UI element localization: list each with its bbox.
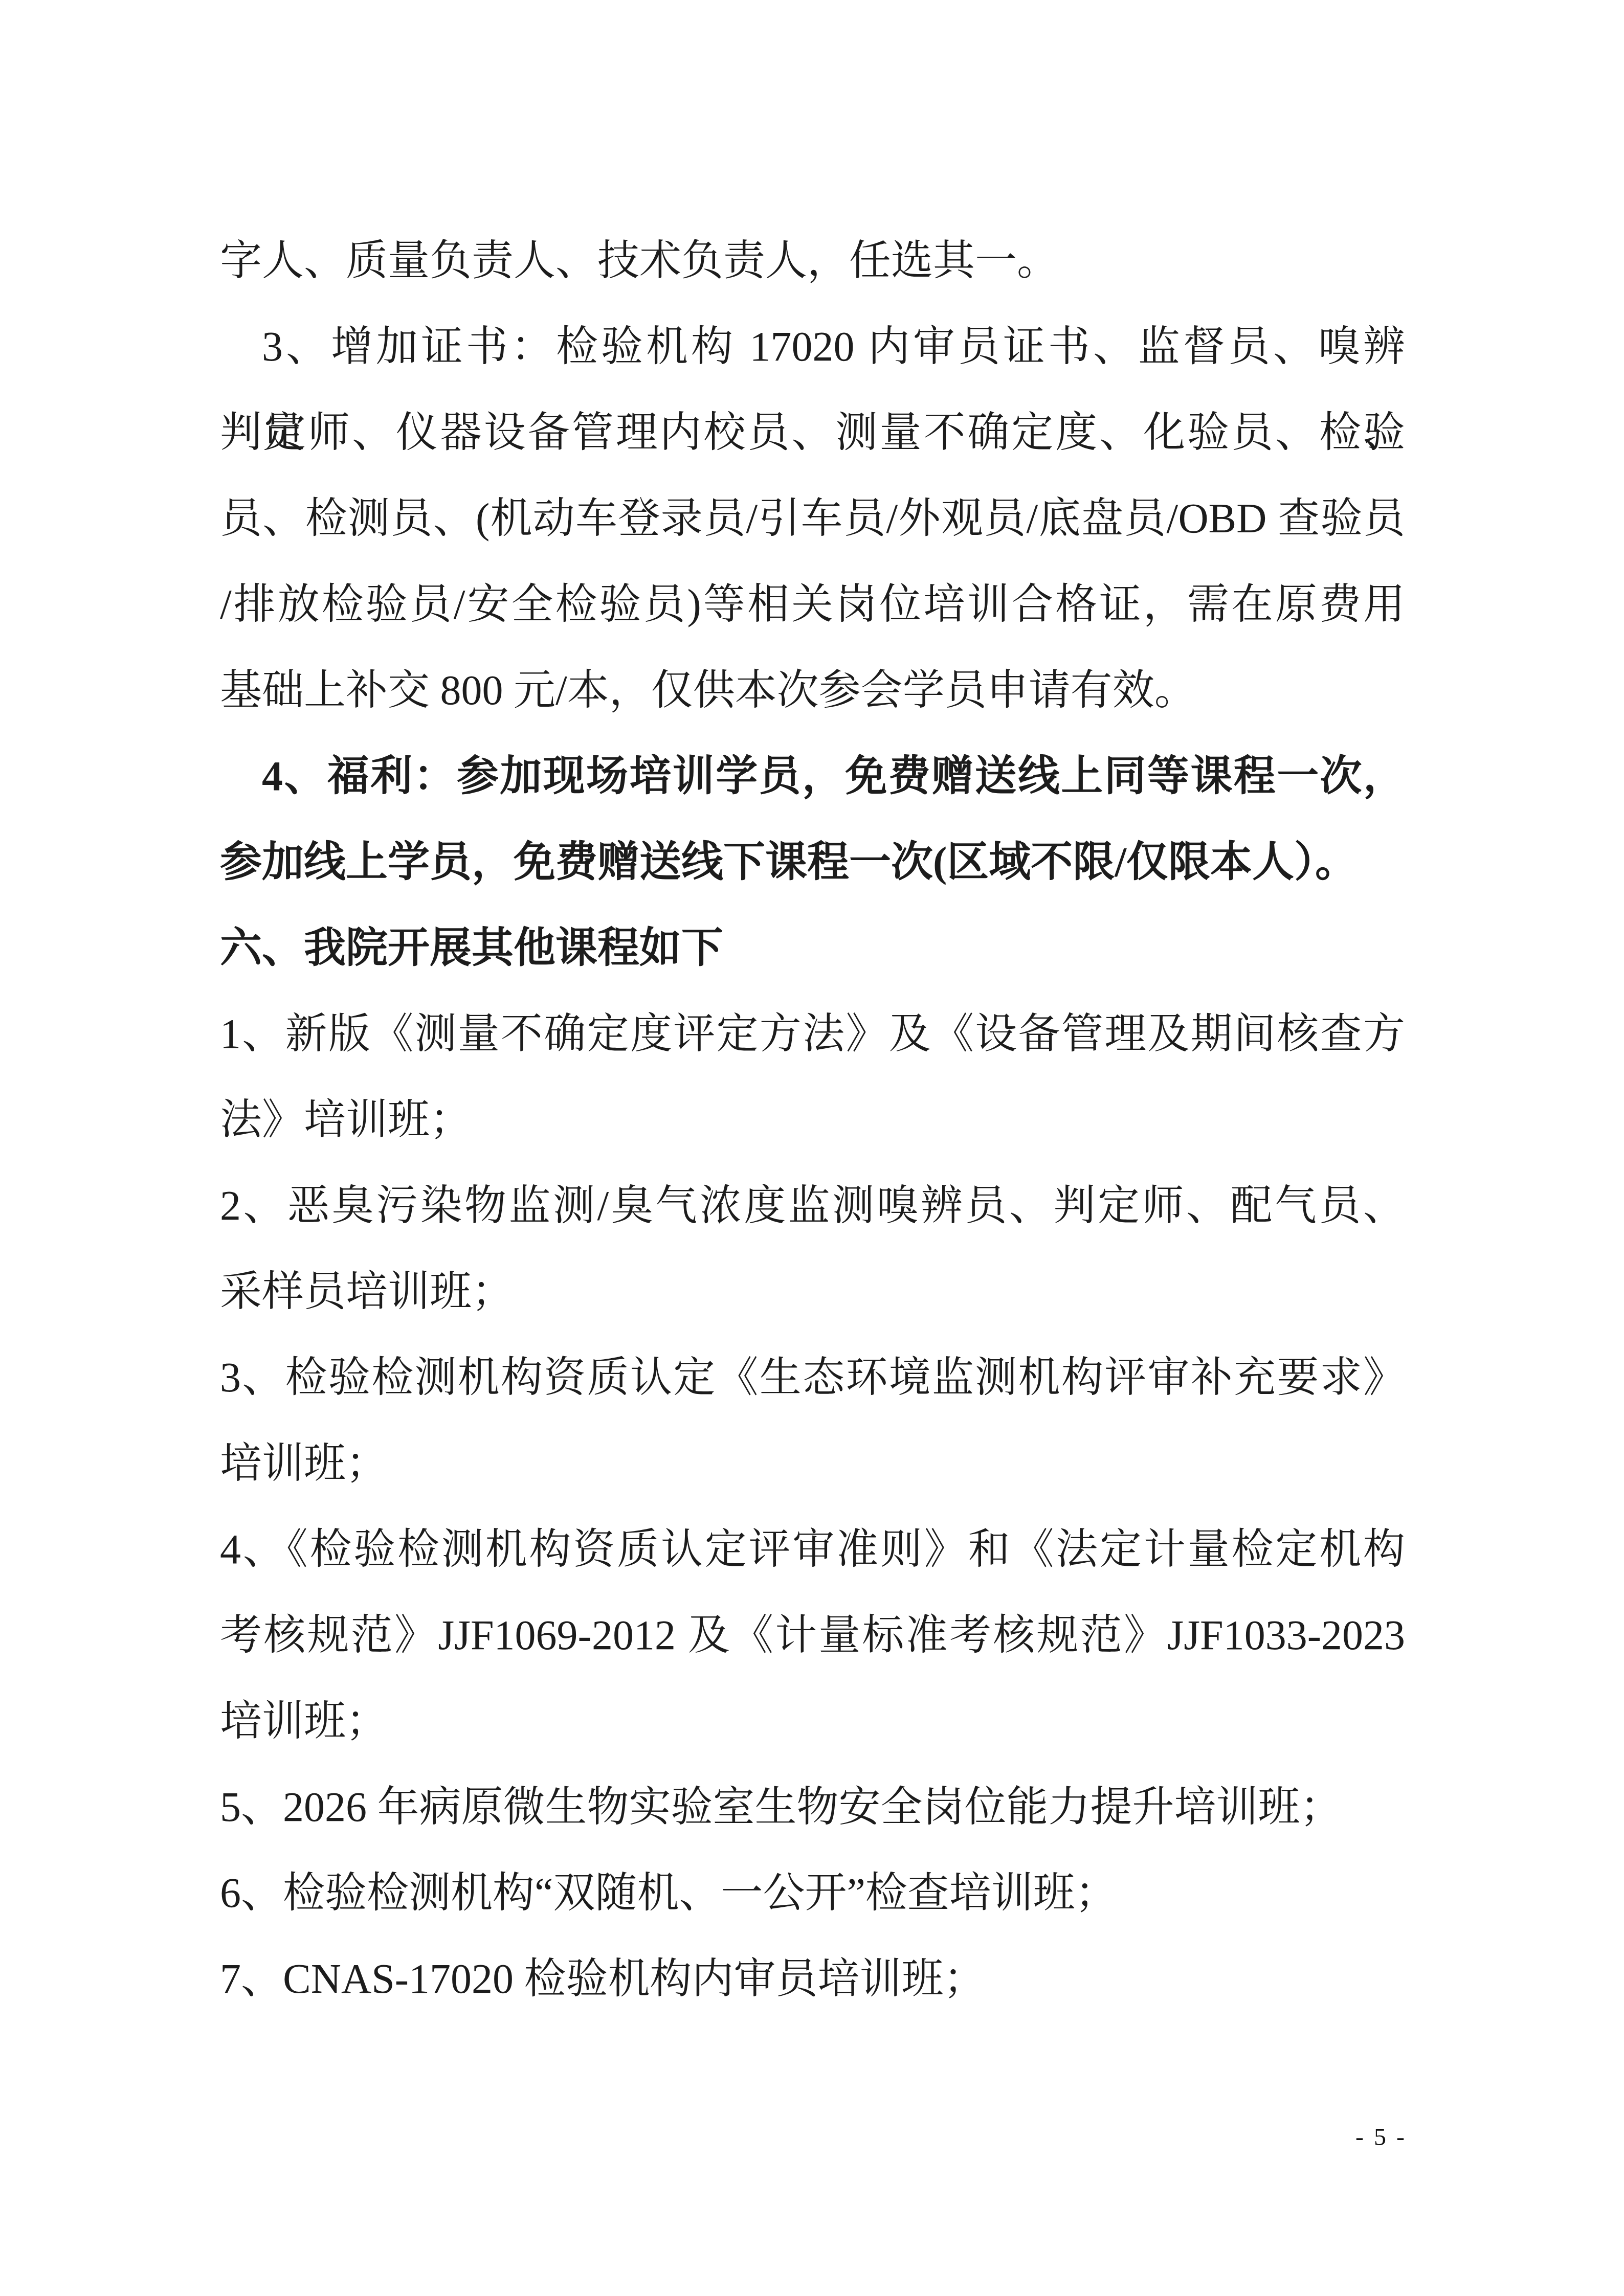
text-line: 4、《检验检测机构资质认定评审准则》和《法定计量检定机构 [220, 1506, 1405, 1592]
text-line: 字人、质量负责人、技术负责人，任选其一。 [220, 218, 1405, 304]
text-line: 3、增加证书：检验机构 17020 内审员证书、监督员、嗅辨员、 [220, 304, 1405, 390]
text-line: 6、检验检测机构“双随机、一公开”检查培训班； [220, 1850, 1405, 1936]
text-line: 法》培训班； [220, 1077, 1405, 1163]
text-line: 判定师、仪器设备管理内校员、测量不确定度、化验员、检验 [220, 390, 1405, 476]
text-line: 参加线上学员，免费赠送线下课程一次(区域不限/仅限本人）。 [220, 819, 1405, 905]
text-line: /排放检验员/安全检验员)等相关岗位培训合格证，需在原费用 [220, 561, 1405, 647]
text-line: 3、检验检测机构资质认定《生态环境监测机构评审补充要求》 [220, 1335, 1405, 1421]
text-line: 5、2026 年病原微生物实验室生物安全岗位能力提升培训班； [220, 1764, 1405, 1850]
text-line: 考核规范》JJF1069-2012 及《计量标准考核规范》JJF1033-202… [220, 1592, 1405, 1678]
section-heading: 六、我院开展其他课程如下 [220, 905, 1405, 991]
text-line: 培训班； [220, 1678, 1405, 1764]
text-line: 基础上补交 800 元/本，仅供本次参会学员申请有效。 [220, 647, 1405, 733]
page-number: - 5 - [1330, 2112, 1432, 2163]
text-line: 员、检测员、(机动车登录员/引车员/外观员/底盘员/OBD 查验员 [220, 476, 1405, 561]
text-line: 1、新版《测量不确定度评定方法》及《设备管理及期间核查方 [220, 991, 1405, 1077]
text-line: 7、CNAS-17020 检验机构内审员培训班； [220, 1936, 1405, 2022]
text-line: 培训班； [220, 1421, 1405, 1506]
text-block: 字人、质量负责人、技术负责人，任选其一。 3、增加证书：检验机构 17020 内… [220, 218, 1405, 2022]
text-line: 2、恶臭污染物监测/臭气浓度监测嗅辨员、判定师、配气员、 [220, 1163, 1405, 1249]
text-line: 4、福利：参加现场培训学员，免费赠送线上同等课程一次， [220, 733, 1405, 819]
text-line: 采样员培训班； [220, 1249, 1405, 1335]
document-page: 字人、质量负责人、技术负责人，任选其一。 3、增加证书：检验机构 17020 内… [0, 0, 1624, 2296]
